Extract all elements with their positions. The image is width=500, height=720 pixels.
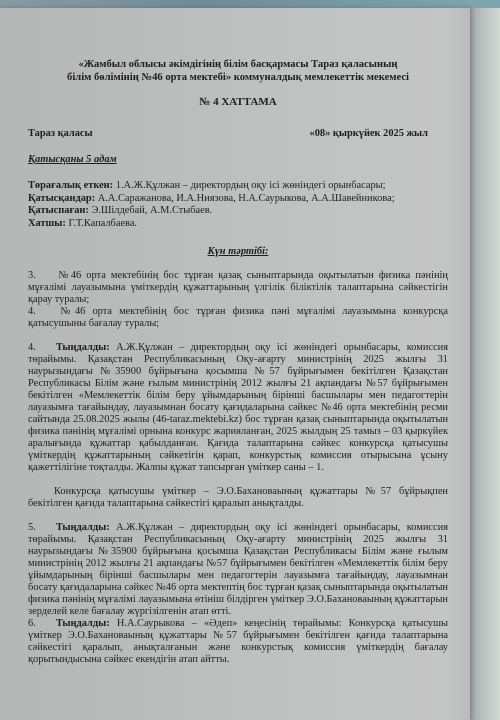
role-label: Хатшы: (28, 218, 66, 229)
agenda-item: 3.№46 орта мектебінің бос тұрған қазақ с… (28, 270, 448, 306)
participants-block: Төрағалық еткен: 1.А.Ж.Құлжан – директор… (28, 180, 448, 230)
date: «08» қыркүйек 2025 жыл (310, 128, 428, 140)
role-label: Қатысқандар: (28, 193, 95, 204)
org-header-line-2: білім бөлімінің №46 орта мектебі» коммун… (28, 71, 448, 84)
item-number: 4. (28, 342, 56, 354)
city: Тараз қаласы (28, 128, 93, 140)
document-content: «Жамбыл облысы әкімдігінің білім басқарм… (28, 58, 448, 666)
org-header-line-1: «Жамбыл облысы әкімдігінің білім басқарм… (28, 58, 448, 71)
item-text: А.Ж.Құлжан – директордың оқу ісі жөнінде… (28, 342, 448, 473)
role-value: Г.Т.Капалбаева. (66, 218, 137, 229)
attendance-count: Қатысқаны 5 адам (28, 154, 448, 166)
item-label: Тыңдалды: (56, 342, 110, 353)
item-label: Тыңдалды: (56, 522, 110, 533)
agenda-title: Күн тәртібі: (28, 246, 448, 258)
item-text: №46 орта мектебінің бос тұрған физика пә… (28, 306, 448, 329)
item-number: 3. (28, 270, 56, 282)
item-label: Тыңдалды: (56, 618, 110, 629)
role-chair: Төрағалық еткен: 1.А.Ж.Құлжан – директор… (28, 180, 448, 193)
role-value: Э.Шілдебай, А.М.Стыбаев. (89, 205, 212, 216)
agenda-item: 4.№46 орта мектебінің бос тұрған физика … (28, 306, 448, 330)
role-value: 1.А.Ж.Құлжан – директордың оқу ісі жөнін… (113, 180, 385, 191)
role-participants: Қатысқандар: А.А.Саражанова, И.А.Ниязова… (28, 193, 448, 206)
minutes-item: 5.Тыңдалды: А.Ж.Құлжан – директордың оқу… (28, 522, 448, 618)
role-secretary: Хатшы: Г.Т.Капалбаева. (28, 218, 448, 231)
role-label: Қатыспаған: (28, 205, 89, 216)
role-value: А.А.Саражанова, И.А.Ниязова, Н.А.Саурыко… (95, 193, 394, 204)
minutes-item: 6.Тыңдалды: Н.А.Саурыкова – «Әдеп» кеңес… (28, 618, 448, 666)
item-text: А.Ж.Құлжан – директордың оқу ісі жөнінде… (28, 522, 448, 617)
minutes-item: 4.Тыңдалды: А.Ж.Құлжан – директордың оқу… (28, 342, 448, 474)
document-title: № 4 ХАТТАМА (28, 96, 448, 108)
city-date-row: Тараз қаласы «08» қыркүйек 2025 жыл (28, 128, 448, 140)
item-number: 4. (28, 306, 56, 318)
role-absent: Қатыспаған: Э.Шілдебай, А.М.Стыбаев. (28, 205, 448, 218)
item-text: №46 орта мектебінің бос тұрған қазақ сын… (28, 270, 448, 305)
background-edge (470, 8, 500, 720)
minutes-conclusion: Конкурсқа қатысушы үміткер – Э.О.Баханов… (28, 486, 448, 510)
item-number: 5. (28, 522, 56, 534)
item-number: 6. (28, 618, 56, 630)
role-label: Төрағалық еткен: (28, 180, 113, 191)
